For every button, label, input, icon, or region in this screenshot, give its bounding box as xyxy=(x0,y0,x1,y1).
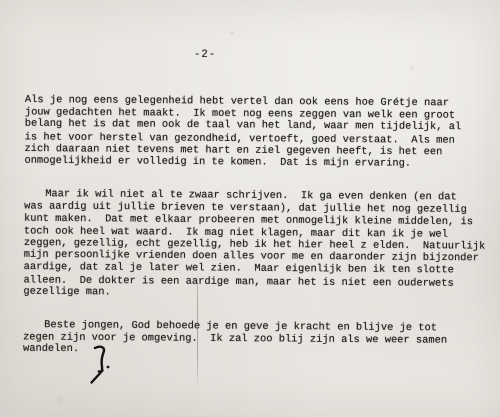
paragraph: Maar ik wil niet al te zwaar schrijven. … xyxy=(23,188,492,302)
letter-line: gezellige man. xyxy=(23,286,491,302)
letter-body: Als je nog eens gelegenheid hebt vertel … xyxy=(23,94,493,359)
scanned-letter-page: -2- Als je nog eens gelegenheid hebt ver… xyxy=(0,0,500,417)
handwritten-initial-mark xyxy=(86,344,120,386)
letter-line: onmogelijkheid er volledig in te komen. … xyxy=(24,155,492,171)
page-number: -2- xyxy=(194,49,216,61)
paper-crease xyxy=(197,272,198,390)
paragraph: Als je nog eens gelegenheid hebt vertel … xyxy=(24,94,493,171)
